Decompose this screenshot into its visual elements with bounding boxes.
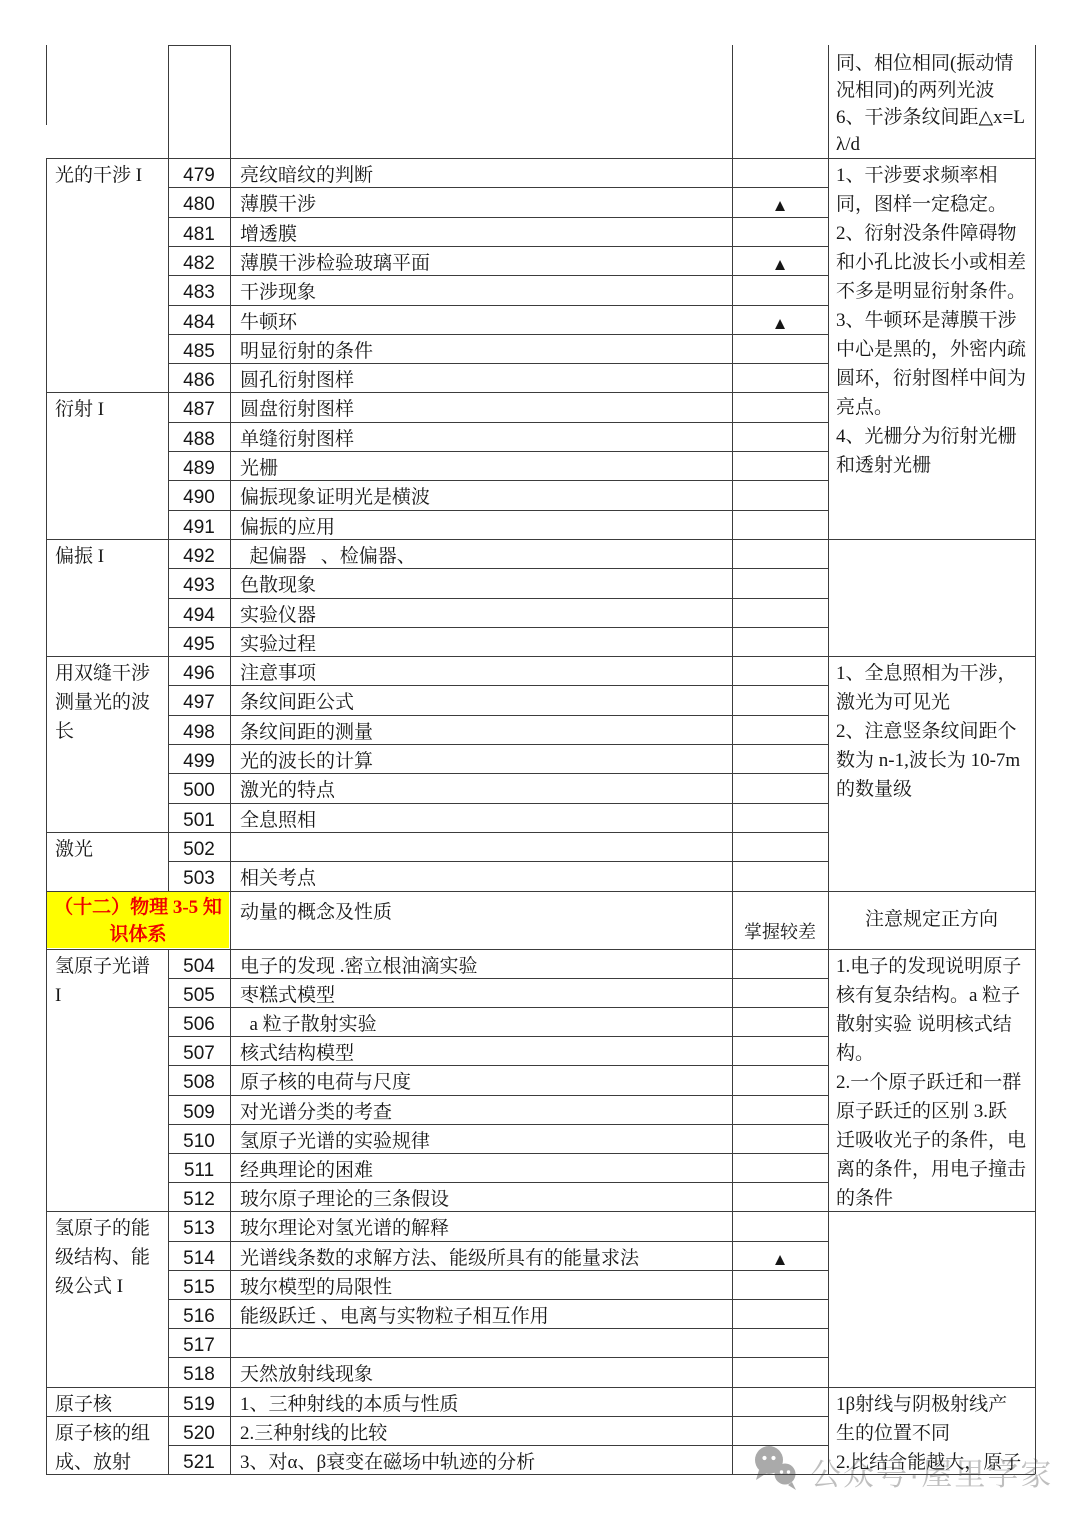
category-label: 激光: [46, 835, 168, 864]
notes-continuation: 同、相位相同(振动情 况相同)的两列光波 6、干涉条纹间距△x=L λ/d: [836, 50, 1036, 158]
row-description: 圆孔衍射图样: [240, 366, 728, 395]
row-description: 光谱线条数的求解方法、能级所具有的能量求法: [240, 1244, 728, 1273]
row-description: 单缝衍射图样: [240, 425, 728, 454]
row-number: 516: [168, 1302, 230, 1331]
row-description: 亮纹暗纹的判断: [240, 161, 728, 190]
document-page: （十二）物理 3-5 知 识体系 动量的概念及性质 掌握较差 注意规定正方向 公…: [0, 0, 1080, 1526]
row-description: 玻尔原子理论的三条假设: [240, 1185, 728, 1214]
grid-line-horizontal: [168, 1357, 828, 1358]
category-label: 氢原子光谱 I: [46, 952, 168, 1010]
row-marker-triangle: ▲: [732, 191, 828, 220]
category-label: 偏振 I: [46, 542, 168, 571]
row-number: 489: [168, 454, 230, 483]
row-description: 增透膜: [240, 220, 728, 249]
row-number: 500: [168, 776, 230, 805]
row-description: 偏振现象证明光是横波: [240, 483, 728, 512]
row-description: 原子核的电荷与尺度: [240, 1068, 728, 1097]
row-number: 513: [168, 1214, 230, 1243]
row-number: 479: [168, 161, 230, 190]
row-number: 503: [168, 864, 230, 893]
row-description: 对光谱分类的考查: [240, 1098, 728, 1127]
row-description: 色散现象: [240, 571, 728, 600]
row-description: 牛顿环: [240, 308, 728, 337]
row-number: 519: [168, 1390, 230, 1419]
row-number: 495: [168, 630, 230, 659]
row-number: 497: [168, 688, 230, 717]
row-description: 圆盘衍射图样: [240, 395, 728, 424]
row-marker-triangle: ▲: [732, 309, 828, 338]
row-description: 偏振的应用: [240, 513, 728, 542]
grid-line-horizontal: [46, 539, 168, 540]
row-description: 枣糕式模型: [240, 981, 728, 1010]
row-marker-triangle: ▲: [732, 1245, 828, 1274]
row-number: 490: [168, 483, 230, 512]
grid-line-horizontal: [46, 656, 168, 657]
row-number: 496: [168, 659, 230, 688]
row-description: 电子的发现 .密立根油滴实验: [240, 952, 728, 981]
grid-line-vertical: [828, 45, 829, 1474]
category-label: 用双缝干涉 测量光的波 长: [46, 659, 168, 746]
grid-line-vertical: [46, 45, 47, 125]
row-description: 条纹间距的测量: [240, 718, 728, 747]
row-number: 499: [168, 747, 230, 776]
grid-line-horizontal: [828, 539, 1035, 540]
row-number: 521: [168, 1448, 230, 1477]
row-description: 氢原子光谱的实验规律: [240, 1127, 728, 1156]
grid-line-horizontal: [828, 1387, 1035, 1388]
row-description: 相关考点: [240, 864, 728, 893]
row-description: 明显衍射的条件: [240, 337, 728, 366]
category-label: 光的干涉 I: [46, 161, 168, 190]
row-number: 506: [168, 1010, 230, 1039]
row-description: 薄膜干涉检验玻璃平面: [240, 249, 728, 278]
row-description: 激光的特点: [240, 776, 728, 805]
grid-line-horizontal: [46, 949, 1035, 950]
row-description: 天然放射线现象: [240, 1360, 728, 1389]
row-number: 498: [168, 718, 230, 747]
row-description: 干涉现象: [240, 278, 728, 307]
row-number: 488: [168, 425, 230, 454]
grid-line-horizontal: [46, 158, 1035, 159]
notes-block: 1、干涉要求频率相 同，图样一定稳定。 2、衍射没条件障碍物 和小孔比波长小或相…: [836, 161, 1036, 480]
row-description: 起偏器 、检偏器、: [240, 542, 728, 571]
wechat-icon: [750, 1443, 800, 1500]
section-header-mastery-badge: 掌握较差: [732, 918, 828, 947]
row-marker-triangle: ▲: [732, 250, 828, 279]
row-number: 480: [168, 190, 230, 219]
row-number: 514: [168, 1244, 230, 1273]
row-number: 481: [168, 220, 230, 249]
row-description: 光栅: [240, 454, 728, 483]
row-description: 1、三种射线的本质与性质: [240, 1390, 728, 1419]
grid-line-horizontal: [46, 1211, 168, 1212]
category-label: 原子核的组 成、放射: [46, 1419, 168, 1477]
category-label: 氢原子的能 级结构、能 级公式 I: [46, 1214, 168, 1301]
row-number: 483: [168, 278, 230, 307]
row-description: 经典理论的困难: [240, 1156, 728, 1185]
row-number: 501: [168, 806, 230, 835]
row-number: 509: [168, 1098, 230, 1127]
row-number: 515: [168, 1273, 230, 1302]
row-description: 玻尔理论对氢光谱的解释: [240, 1214, 728, 1243]
row-number: 491: [168, 513, 230, 542]
category-label: 原子核: [46, 1390, 168, 1419]
row-number: 486: [168, 366, 230, 395]
row-description: a 粒子散射实验: [240, 1010, 728, 1039]
notes-block: 1.电子的发现说明原子 核有复杂结构。a 粒子 散射实验 说明核式结 构。 2.…: [836, 952, 1036, 1213]
row-number: 502: [168, 835, 230, 864]
category-label: 衍射 I: [46, 395, 168, 424]
row-number: 482: [168, 249, 230, 278]
row-description: 薄膜干涉: [240, 190, 728, 219]
row-number: 508: [168, 1068, 230, 1097]
section-header-description: 动量的概念及性质: [240, 898, 720, 927]
row-description: 玻尔模型的局限性: [240, 1273, 728, 1302]
grid-line-vertical: [230, 45, 231, 1474]
row-number: 484: [168, 308, 230, 337]
row-number: 505: [168, 981, 230, 1010]
row-number: 510: [168, 1127, 230, 1156]
grid-line-horizontal: [46, 392, 168, 393]
row-description: 注意事项: [240, 659, 728, 688]
row-description: 全息照相: [240, 806, 728, 835]
row-number: 504: [168, 952, 230, 981]
notes-block: 1、全息照相为干涉， 激光为可见光 2、注意竖条纹间距个 数为 n-1,波长为 …: [836, 659, 1036, 804]
row-number: 518: [168, 1360, 230, 1389]
row-description: 2.三种射线的比较: [240, 1419, 728, 1448]
row-number: 512: [168, 1185, 230, 1214]
grid-line-horizontal: [46, 832, 168, 833]
row-description: 光的波长的计算: [240, 747, 728, 776]
row-number: 485: [168, 337, 230, 366]
row-number: 517: [168, 1331, 230, 1360]
row-number: 493: [168, 571, 230, 600]
grid-line-horizontal: [46, 1387, 168, 1388]
section-header-note: 注意规定正方向: [828, 905, 1035, 934]
grid-line-horizontal: [168, 861, 828, 862]
row-number: 494: [168, 601, 230, 630]
row-description: 能级跃迁 、电离与实物粒子相互作用: [240, 1302, 728, 1331]
grid-line-horizontal: [168, 45, 230, 46]
row-description: 核式结构模型: [240, 1039, 728, 1068]
section-header-title: （十二）物理 3-5 知 识体系: [47, 894, 229, 948]
row-number: 520: [168, 1419, 230, 1448]
row-description: 3、对α、β衰变在磁场中轨迹的分析: [240, 1448, 728, 1477]
row-description: 实验过程: [240, 630, 728, 659]
notes-block: 1β射线与阴极射线产 生的位置不同 2.比结合能越大，原子: [836, 1390, 1036, 1477]
grid-line-horizontal: [828, 656, 1035, 657]
row-number: 492: [168, 542, 230, 571]
row-description: 实验仪器: [240, 601, 728, 630]
row-number: 487: [168, 395, 230, 424]
row-number: 507: [168, 1039, 230, 1068]
row-description: 条纹间距公式: [240, 688, 728, 717]
row-number: 511: [168, 1156, 230, 1185]
